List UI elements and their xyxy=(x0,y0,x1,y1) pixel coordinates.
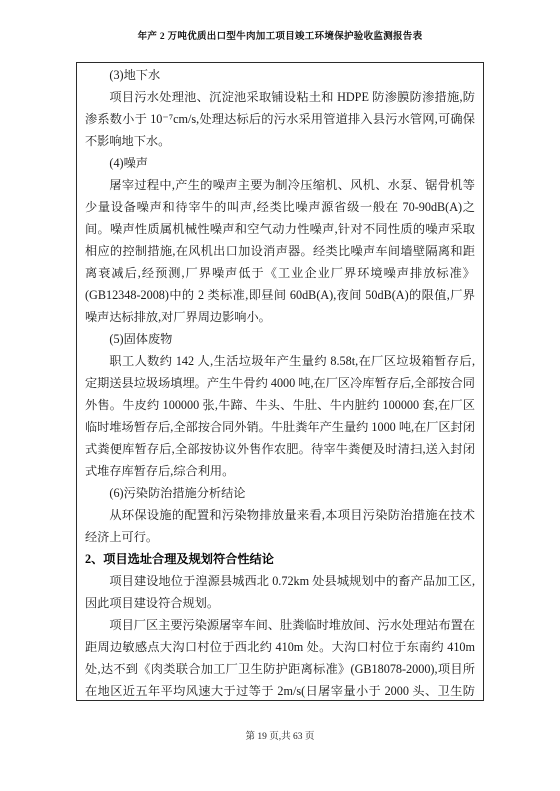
page-number-indicator: 第 19 页,共 63 页 xyxy=(0,730,560,744)
section-heading-bold: 2、项目选址合理及规划符合性结论 xyxy=(85,548,475,570)
report-content-box: (3)地下水项目污水处理池、沉淀池采取铺设粘土和 HDPE 防渗膜防渗措施,防渗… xyxy=(76,62,484,701)
body-paragraph: 屠宰过程中,产生的噪声主要为制冷压缩机、风机、水泵、锯骨机等少量设备噪声和待宰牛… xyxy=(85,174,475,328)
sub-section-heading: (5)固体废物 xyxy=(85,328,475,350)
body-paragraph: 职工人数约 142 人,生活垃圾年产生量约 8.58t,在厂区垃圾箱暂存后,定期… xyxy=(85,350,475,482)
body-paragraph: 项目污水处理池、沉淀池采取铺设粘土和 HDPE 防渗膜防渗措施,防渗系数小于 1… xyxy=(85,86,475,152)
sub-section-heading: (4)噪声 xyxy=(85,152,475,174)
report-body: (3)地下水项目污水处理池、沉淀池采取铺设粘土和 HDPE 防渗膜防渗措施,防渗… xyxy=(85,64,475,701)
sub-section-heading: (3)地下水 xyxy=(85,64,475,86)
body-paragraph: 从环保设施的配置和污染物排放量来看,本项目污染防治措施在技术经济上可行。 xyxy=(85,504,475,548)
body-paragraph: 项目建设地位于湟源县城西北 0.72km 处县城规划中的畜产品加工区,因此项目建… xyxy=(85,570,475,614)
report-header-title: 年产 2 万吨优质出口型牛肉加工项目竣工环境保护验收监测报告表 xyxy=(0,31,560,43)
sub-section-heading: (6)污染防治措施分析结论 xyxy=(85,482,475,504)
body-paragraph: 项目厂区主要污染源屠宰车间、肚粪临时堆放间、污水处理站布置在距周边敏感点大沟口村… xyxy=(85,614,475,701)
